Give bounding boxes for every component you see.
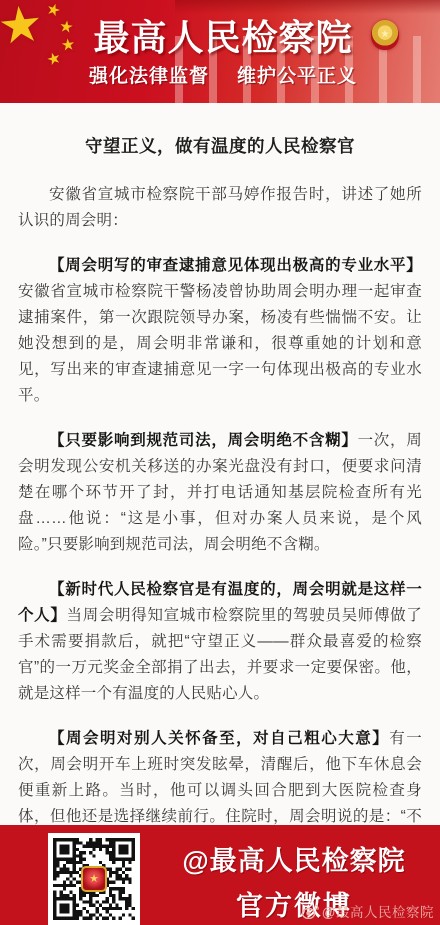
qr-code: ★ bbox=[48, 833, 140, 925]
paragraph-text: 安徽省宣城市检察院干部马婷作报告时，讲述了她所认识的周会明： bbox=[18, 186, 422, 229]
account-name: @最高人民检察院 bbox=[148, 839, 440, 878]
watermark-text: @最高人民检察院 bbox=[322, 901, 434, 921]
flag-small-star-icon: ★ bbox=[45, 50, 64, 70]
qr-center-emblem-icon: ★ bbox=[81, 866, 107, 892]
weibo-image-post: ★ ★ ★ ★ ★ 最高人民检察院 强化法律监督 维护公平正义 ★ 守望正义，做… bbox=[0, 0, 440, 925]
header-banner: ★ ★ ★ ★ ★ 最高人民检察院 强化法律监督 维护公平正义 ★ bbox=[0, 0, 440, 103]
paragraph-lead: 【只要影响到规范司法，周会明绝不含糊】 bbox=[49, 432, 358, 449]
national-emblem-icon: ★ bbox=[371, 20, 399, 50]
paragraph-text: 安徽省宣城市检察院干警杨凌曾协助周会明办理一起审查逮捕案件，第一次跟院领导办案，… bbox=[18, 283, 422, 404]
flag-small-star-icon: ★ bbox=[58, 19, 74, 37]
emblem-star-icon: ★ bbox=[381, 30, 390, 40]
article-paragraph: 【只要影响到规范司法，周会明绝不含糊】一次，周会明发现公安机关移送的办案光盘没有… bbox=[18, 428, 422, 558]
slogan-left: 强化法律监督 bbox=[89, 61, 209, 88]
org-title: 最高人民检察院 bbox=[92, 10, 354, 61]
slogan: 强化法律监督 维护公平正义 bbox=[92, 61, 354, 88]
paragraph-text: 一次，周会明发现公安机关移送的办案光盘没有封口，便要求问清楚在哪个环节开了封，并… bbox=[18, 432, 422, 553]
qr-emblem-star-icon: ★ bbox=[89, 874, 99, 885]
flag-big-star-icon: ★ bbox=[0, 0, 45, 52]
article-paragraph: 安徽省宣城市检察院干部马婷作报告时，讲述了她所认识的周会明： bbox=[18, 182, 422, 234]
flag-small-star-icon: ★ bbox=[60, 37, 76, 54]
article-body: 守望正义，做有温度的人民检察官 安徽省宣城市检察院干部马婷作报告时，讲述了她所认… bbox=[0, 103, 440, 856]
article-paragraph: 【周会明写的审查逮捕意见体现出极高的专业水平】安徽省宣城市检察院干警杨凌曾协助周… bbox=[18, 253, 422, 409]
article-title: 守望正义，做有温度的人民检察官 bbox=[18, 133, 422, 158]
footer-banner: ★ @最高人民检察院 官方微博 @最高人民检察院 bbox=[0, 825, 440, 925]
article-paragraph: 【新时代人民检察官是有温度的，周会明就是这样一个人】当周会明得知宣城市检察院里的… bbox=[18, 577, 422, 707]
weibo-logo-icon bbox=[302, 904, 319, 919]
paragraph-lead: 【周会明写的审查逮捕意见体现出极高的专业水平】 bbox=[49, 257, 422, 274]
paragraph-text: 当周会明得知宣城市检察院里的驾驶员吴师傅做了手术需要捐款后，就把“守望正义——群… bbox=[18, 607, 422, 702]
slogan-right: 维护公平正义 bbox=[237, 61, 357, 88]
weibo-watermark: @最高人民检察院 bbox=[302, 901, 434, 921]
paragraph-lead: 【周会明对别人关怀备至，对自己粗心大意】 bbox=[49, 730, 389, 747]
